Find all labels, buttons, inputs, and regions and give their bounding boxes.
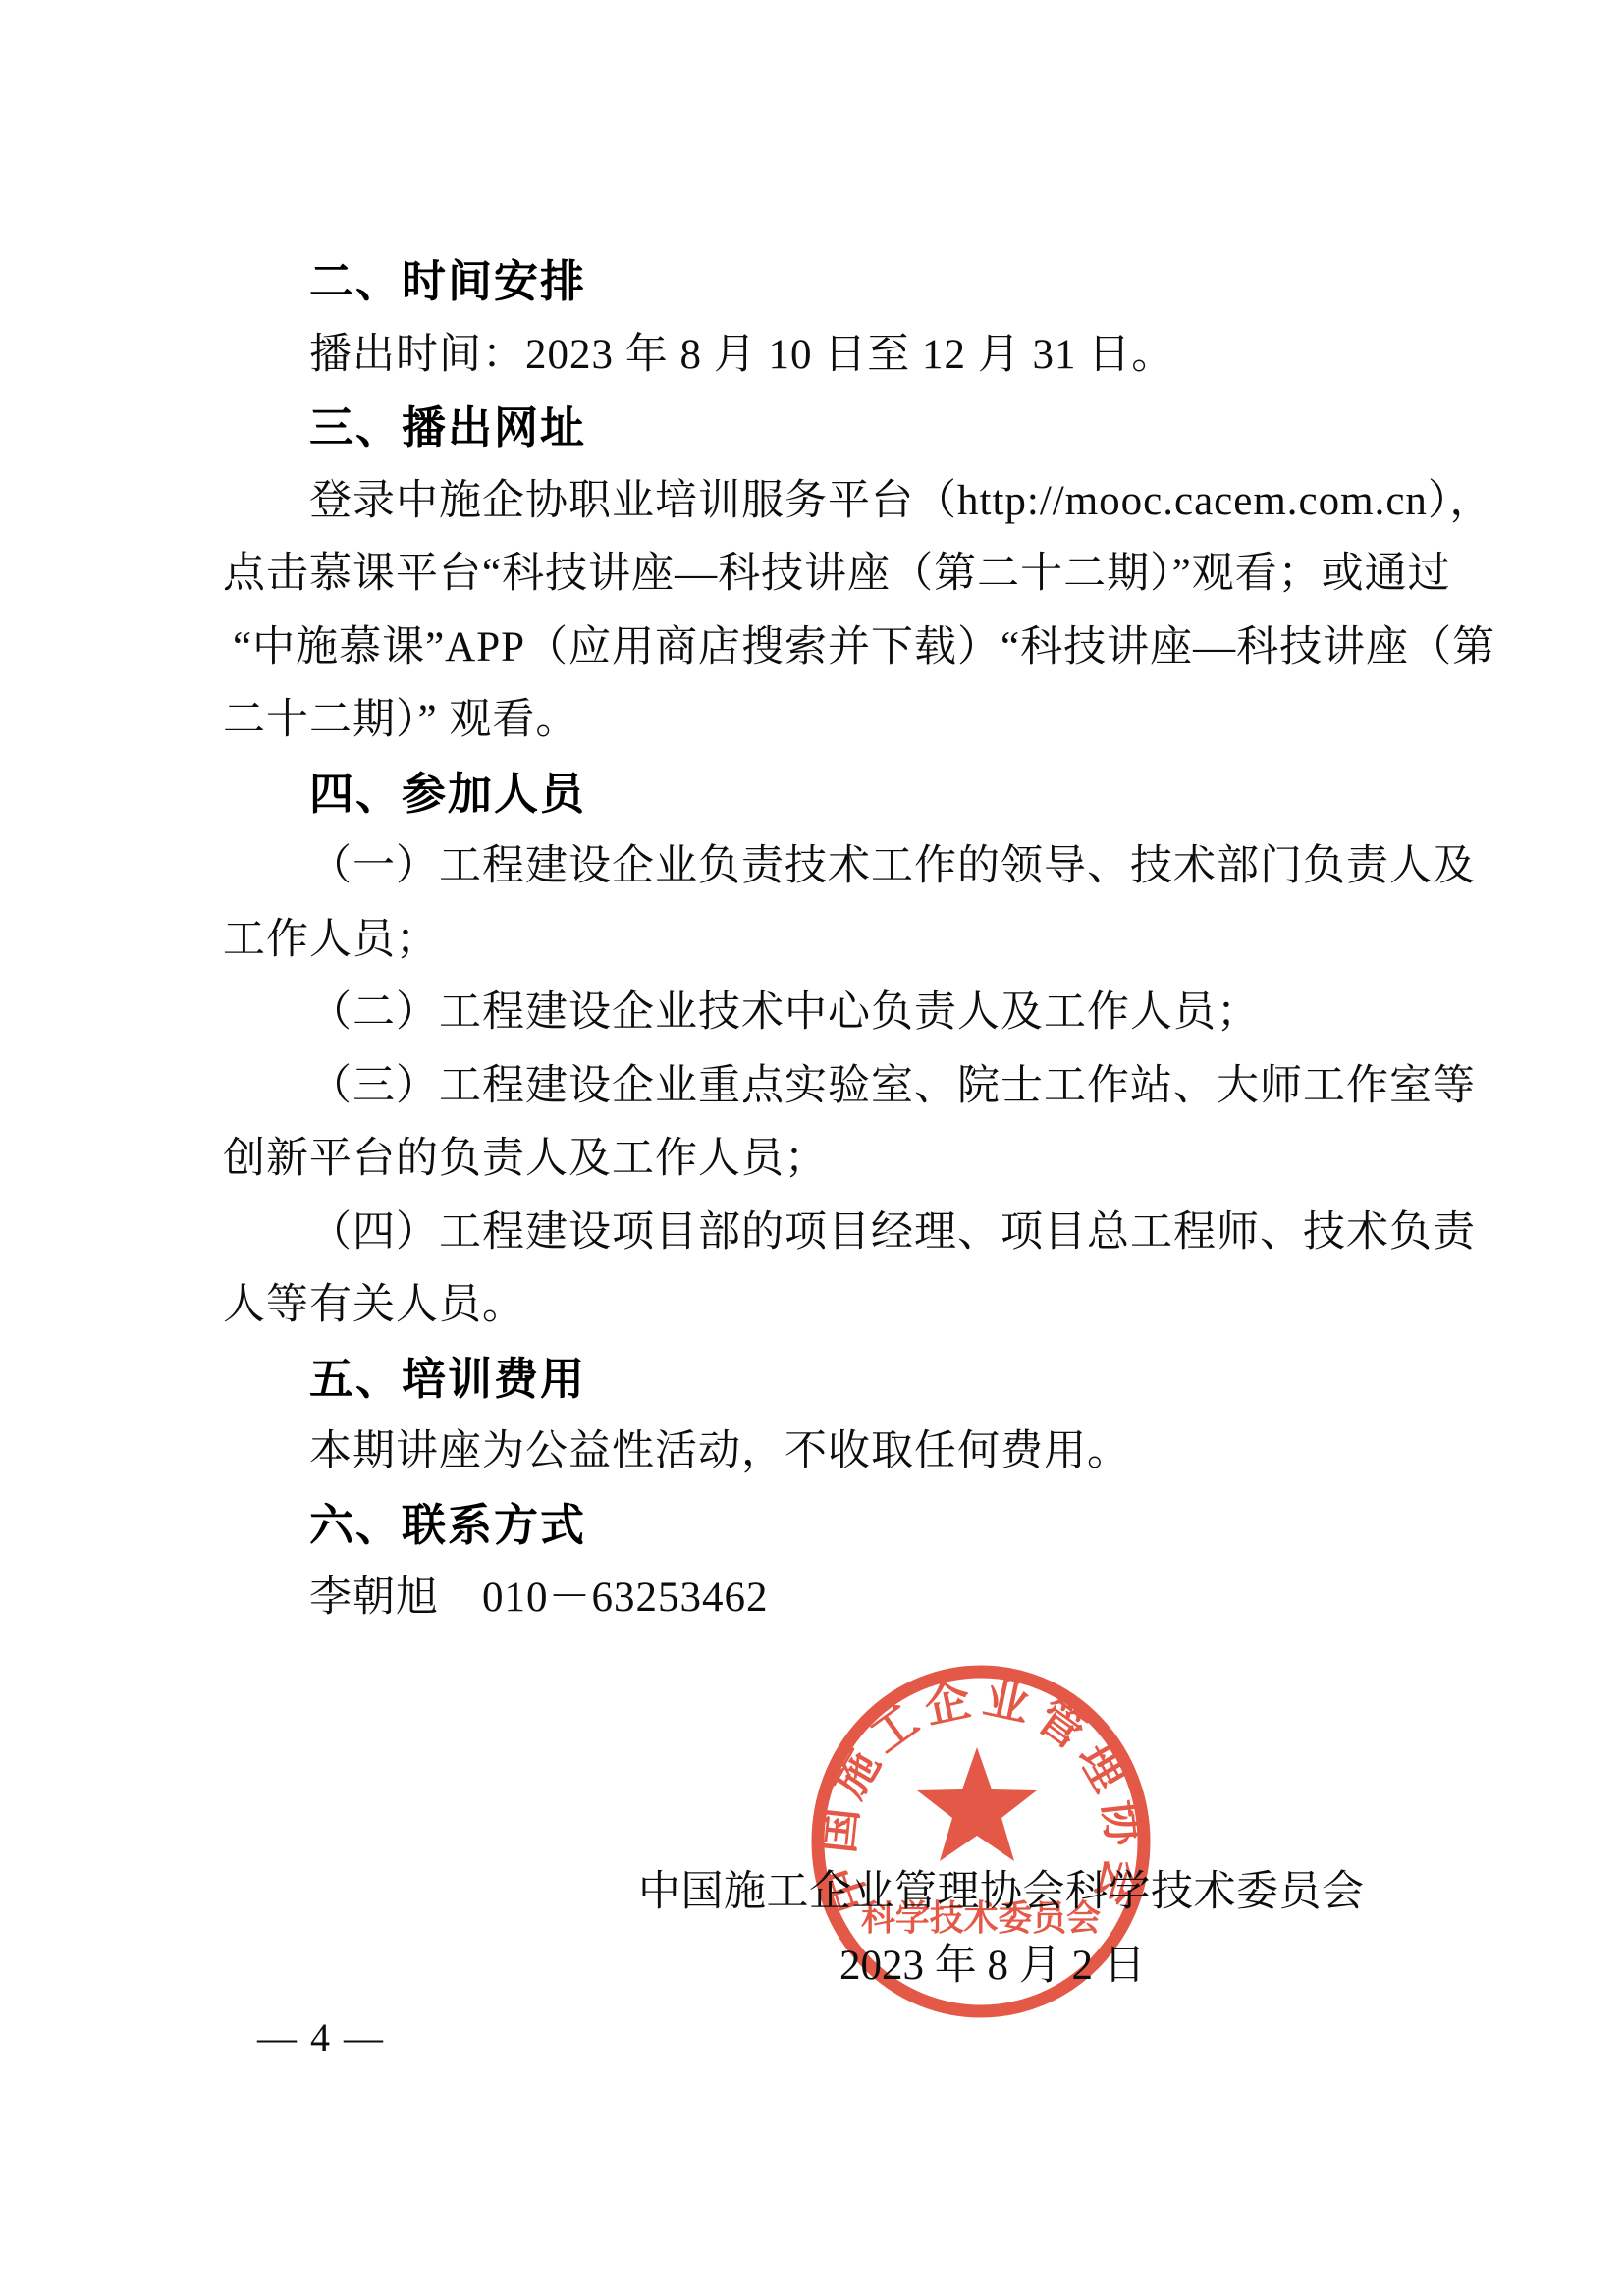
body-line: （三）工程建设企业重点实验室、院士工作站、大师工作室等 — [223, 1050, 1434, 1124]
document-body: 二、时间安排播出时间：2023 年 8 月 10 日至 12 月 31 日。三、… — [223, 245, 1434, 1635]
body-line: （二）工程建设企业技术中心负责人及工作人员； — [223, 977, 1434, 1050]
body-line: 创新平台的负责人及工作人员； — [223, 1123, 1434, 1197]
section-heading: 三、播出网址 — [223, 392, 1434, 465]
body-line: 人等有关人员。 — [223, 1269, 1434, 1343]
body-line: 播出时间：2023 年 8 月 10 日至 12 月 31 日。 — [223, 319, 1434, 393]
section-heading: 六、联系方式 — [223, 1489, 1434, 1563]
body-line: 工作人员； — [223, 904, 1434, 978]
body-line: 二十二期）” 观看。 — [223, 684, 1434, 758]
signature-organization: 中国施工企业管理协会科学技术委员会 — [638, 1858, 1365, 1918]
body-line: 登录中施企协职业培训服务平台（http://mooc.cacem.com.cn）… — [223, 465, 1434, 539]
body-line: 李朝旭 010－63253462 — [223, 1562, 1434, 1635]
body-line: （一）工程建设企业负责技术工作的领导、技术部门负责人及 — [223, 830, 1434, 904]
body-line: 本期讲座为公益性活动，不收取任何费用。 — [223, 1415, 1434, 1489]
section-heading: 四、参加人员 — [223, 758, 1434, 831]
signature-date: 2023 年 8 月 2 日 — [839, 1932, 1146, 1992]
section-heading: 二、时间安排 — [223, 245, 1434, 319]
body-line: （四）工程建设项目部的项目经理、项目总工程师、技术负责 — [223, 1197, 1434, 1270]
section-heading: 五、培训费用 — [223, 1343, 1434, 1416]
body-line: 点击慕课平台“科技讲座—科技讲座（第二十二期）”观看；或通过 — [223, 538, 1434, 612]
document-page: 二、时间安排播出时间：2023 年 8 月 10 日至 12 月 31 日。三、… — [0, 0, 1624, 2296]
page-number: — 4 — — [257, 2014, 385, 2060]
body-line: “中施慕课”APP（应用商店搜索并下载）“科技讲座—科技讲座（第 — [223, 612, 1434, 685]
seal-star-icon — [917, 1747, 1037, 1861]
